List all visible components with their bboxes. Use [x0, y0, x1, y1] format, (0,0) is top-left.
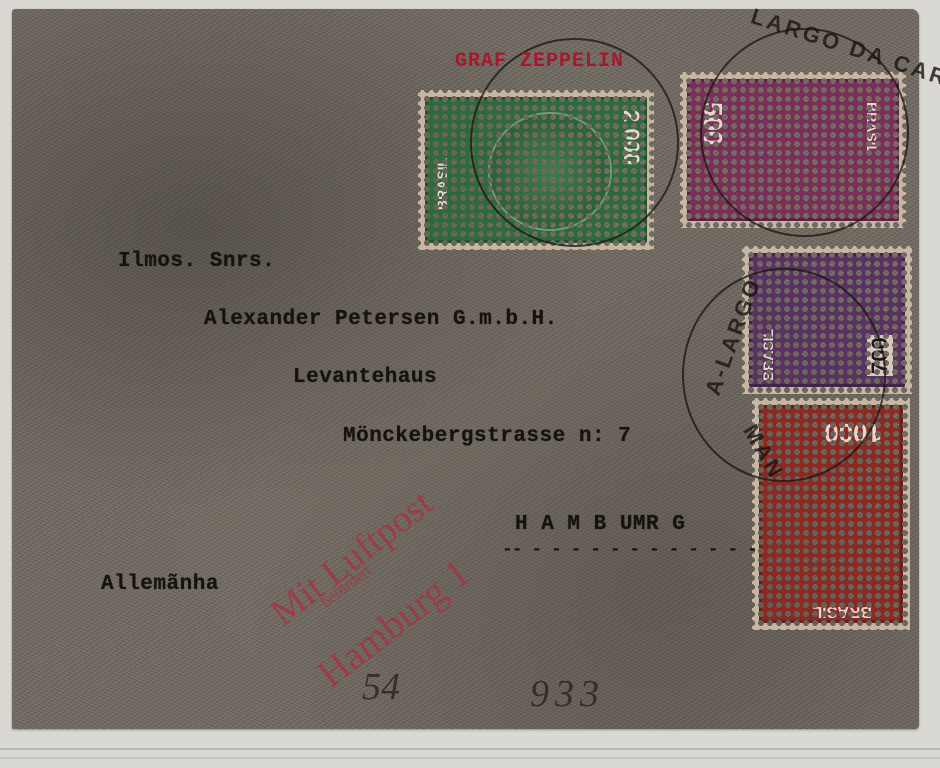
address-city-underline: -- - - - - - - - - - - - - — [502, 540, 757, 560]
stamp-2000-reis: BRASIL 2 000 — [418, 90, 654, 250]
stamp-700-reis: BRASIL 700 — [742, 246, 912, 394]
stamp-value: 1000 — [824, 417, 882, 448]
pencil-note: 54 — [362, 665, 400, 709]
address-country: Allemãnha — [101, 573, 219, 596]
stamp-country: BRASIL — [434, 158, 450, 210]
stamp-value: 700 — [867, 335, 893, 376]
stamp-500-reis: 500 BRASIL — [680, 72, 906, 228]
stamp-country: BRASIL — [760, 329, 776, 381]
album-page-rule — [0, 748, 940, 750]
address-street: Mönckebergstrasse n: 7 — [343, 425, 631, 448]
stamp-country: BRASIL — [864, 102, 880, 154]
pencil-note: 933 — [530, 672, 605, 716]
portrait-icon — [488, 112, 612, 231]
stamp-country: BRASIL — [812, 602, 872, 620]
address-company: Alexander Petersen G.m.b.H. — [204, 308, 558, 331]
address-salutation: Ilmos. Snrs. — [118, 250, 275, 273]
album-page-rule — [0, 757, 940, 759]
address-city: H A M B UMR G — [515, 513, 685, 536]
address-building: Levantehaus — [293, 366, 437, 389]
stamp-1000-reis: 1000 BRASIL — [752, 398, 910, 630]
stamp-value: 2 000 — [618, 110, 644, 165]
graf-zeppelin-cachet: GRAF ZEPPELIN — [455, 50, 624, 73]
stamp-value: 500 — [697, 102, 728, 145]
